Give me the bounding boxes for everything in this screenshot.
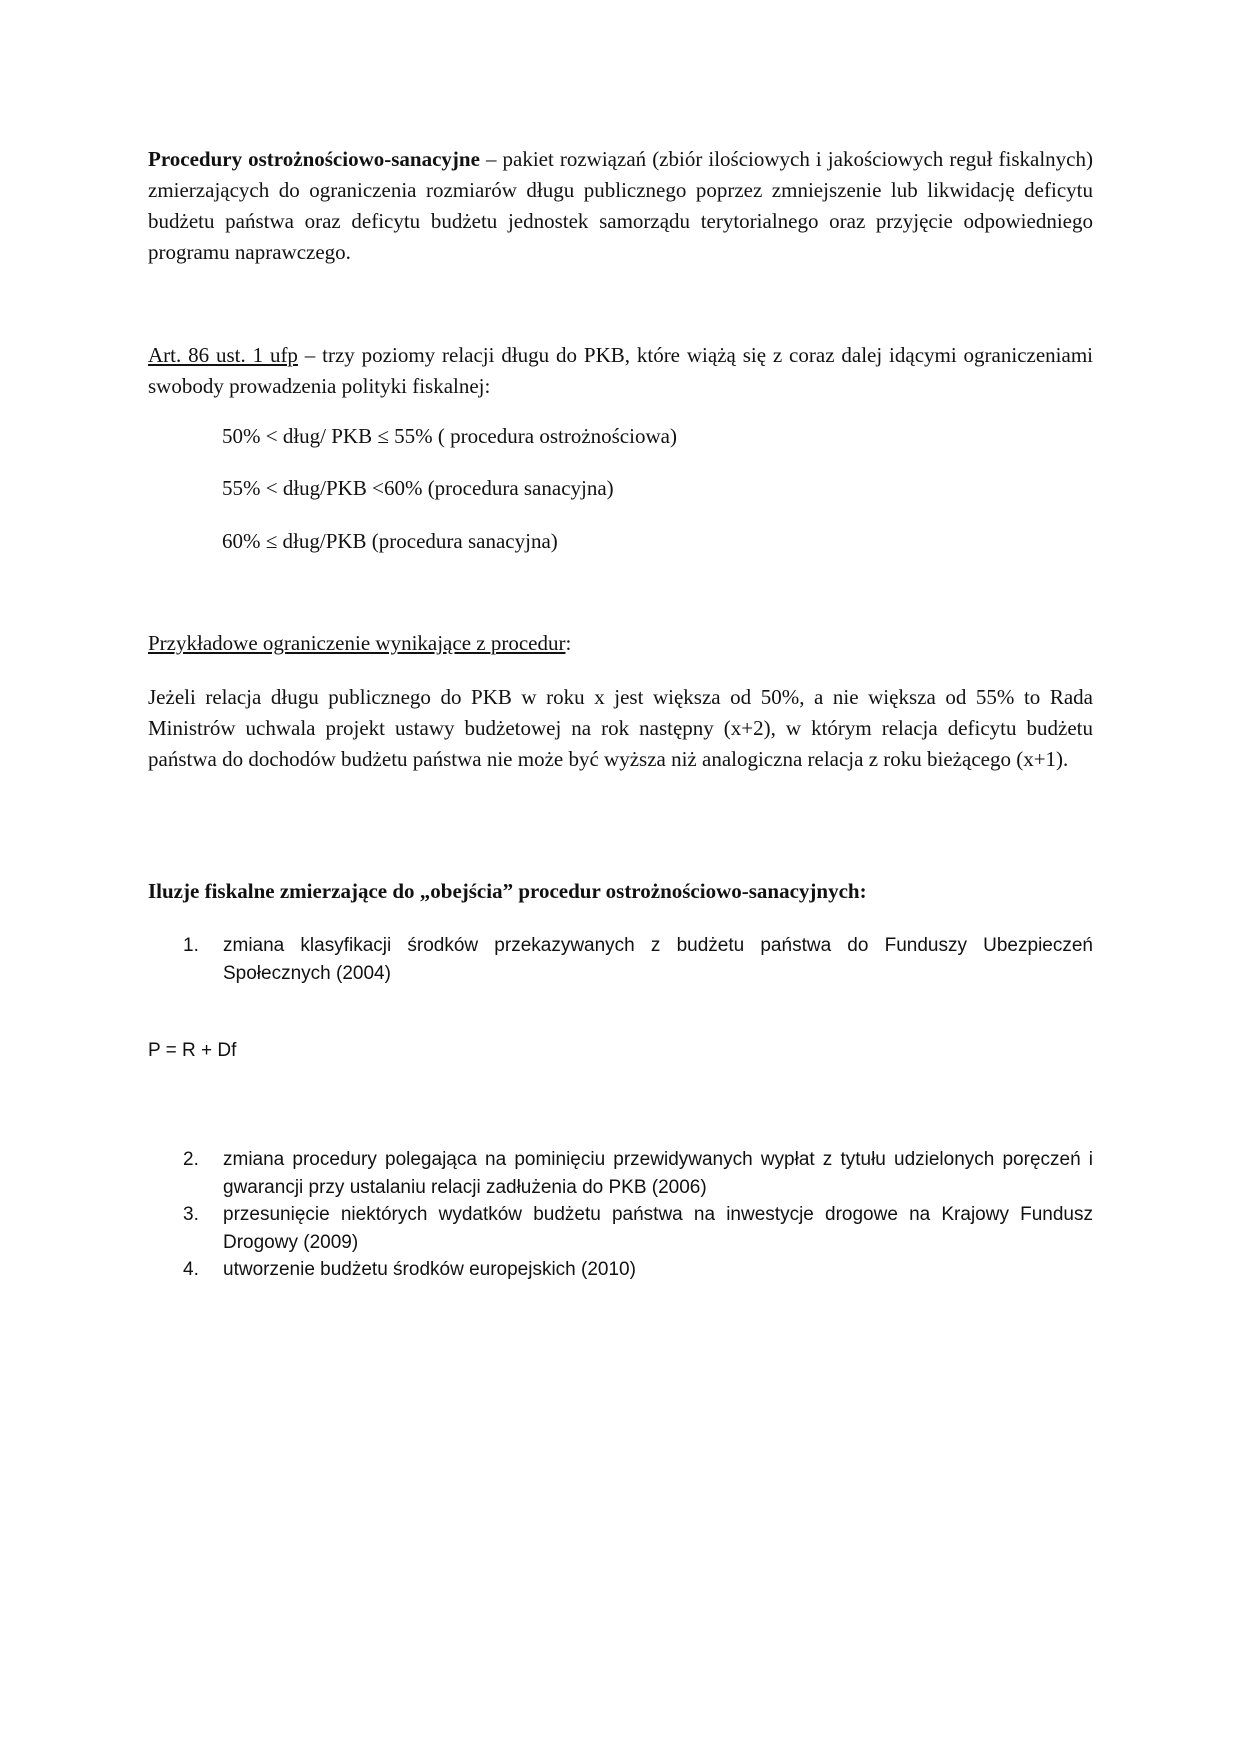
list-item-text: utworzenie budżetu środków europejskich … [223,1259,636,1280]
article-reference: Art. 86 ust. 1 ufp [148,343,298,367]
threshold-line: 60% ≤ dług/PKB (procedura sanacyjna) [222,529,558,554]
example-paragraph: Jeżeli relacja długu publicznego do PKB … [148,682,1093,775]
list-item: 1. zmiana klasyfikacji środków przekazyw… [148,932,1093,987]
list-item-text: przesunięcie niektórych wydatków budżetu… [223,1204,1093,1253]
list-item-number: 4. [183,1256,199,1284]
illusions-list-part-2: 2. zmiana procedury polegająca na pomini… [148,1146,1093,1284]
definition-term: Procedury ostrożnościowo-sanacyjne [148,147,480,171]
definition-paragraph: Procedury ostrożnościowo-sanacyjne – pak… [148,144,1093,268]
document-page: Procedury ostrożnościowo-sanacyjne – pak… [0,0,1240,1754]
illusions-heading: Iluzje fiskalne zmierzające do „obejścia… [148,879,1093,904]
list-item-text: zmiana klasyfikacji środków przekazywany… [223,935,1093,984]
article-paragraph: Art. 86 ust. 1 ufp – trzy poziomy relacj… [148,340,1093,402]
example-heading: Przykładowe ograniczenie wynikające z pr… [148,631,1093,656]
list-item-number: 2. [183,1146,199,1174]
threshold-line: 50% < dług/ PKB ≤ 55% ( procedura ostroż… [222,424,677,449]
list-item: 3. przesunięcie niektórych wydatków budż… [148,1201,1093,1256]
list-item-number: 1. [183,932,199,960]
equation: P = R + Df [148,1040,236,1062]
illusions-list-part-1: 1. zmiana klasyfikacji środków przekazyw… [148,932,1093,987]
list-item-number: 3. [183,1201,199,1229]
list-item: 4. utworzenie budżetu środków europejski… [148,1256,1093,1284]
threshold-line: 55% < dług/PKB <60% (procedura sanacyjna… [222,476,614,501]
list-item-text: zmiana procedury polegająca na pominięci… [223,1149,1093,1198]
list-item: 2. zmiana procedury polegająca na pomini… [148,1146,1093,1201]
